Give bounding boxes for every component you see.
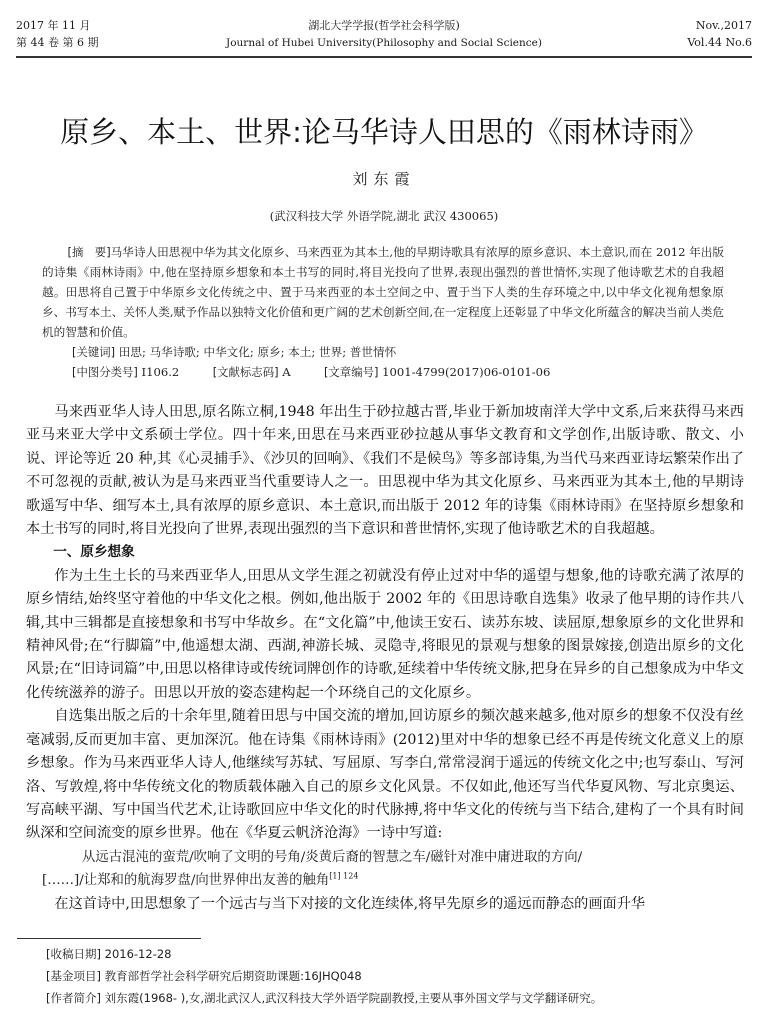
doc-code-value: A: [282, 365, 290, 379]
abstract-label: [摘 要]: [68, 245, 111, 259]
poem-quote: 从远古混沌的蛮荒/吹响了文明的号角/炎黄后裔的智慧之车/磁针对准中庸进取的方向/…: [26, 846, 744, 893]
header-journal: 湖北大学学报(哲学社会科学版) Journal of Hubei Univers…: [16, 18, 752, 52]
keywords-line: [关键词] 田思; 马华诗歌; 中华文化; 原乡; 本土; 世界; 普世情怀: [72, 342, 724, 362]
running-header: 2017 年 11 月 第 44 卷 第 6 期 湖北大学学报(哲学社会科学版)…: [16, 16, 752, 58]
abstract-block: [摘 要]马华诗人田思视中华为其文化原乡、马来西亚为其本土,他的早期诗歌具有浓厚…: [42, 242, 724, 382]
body-paragraph-intro: 马来西亚华人诗人田思,原名陈立桐,1948 年出生于砂拉越古晋,毕业于新加坡南洋…: [26, 401, 744, 541]
article-no-label: [文章编号]: [324, 365, 378, 379]
footnote-funding: [基金项目] 教育部哲学社会科学研究后期资助课题:16JHQ048: [46, 965, 756, 987]
body-paragraph: 在这首诗中,田思想象了一个远古与当下对接的文化连续体,将早先原乡的遥远而静态的画…: [26, 893, 744, 916]
footnote-text: 教育部哲学社会科学研究后期资助课题:16JHQ048: [105, 969, 362, 983]
footnote-author-bio: [作者简介] 刘东霞(1968- ),女,湖北武汉人,武汉科技大学外语学院副教授…: [46, 987, 756, 1009]
classification-line: [中图分类号] I106.2 [文献标志码] A [文章编号] 1001-479…: [72, 362, 724, 382]
keywords-label: [关键词]: [72, 345, 115, 359]
header-issue-en: Vol.44 No.6: [687, 35, 752, 52]
journal-name-cn: 湖北大学学报(哲学社会科学版): [16, 18, 752, 35]
doc-code-label: [文献标志码]: [213, 365, 279, 379]
footnotes: [收稿日期] 2016-12-28 [基金项目] 教育部哲学社会科学研究后期资助…: [46, 943, 756, 1009]
footnote-text: 刘东霞(1968- ),女,湖北武汉人,武汉科技大学外语学院副教授,主要从事外国…: [105, 991, 603, 1005]
journal-name-en: Journal of Hubei University(Philosophy a…: [16, 35, 752, 52]
poem-line: [……]/让郑和的航海罗盘/向世界伸出友善的触角: [42, 873, 329, 888]
author-affiliation: (武汉科技大学 外语学院,湖北 武汉 430065): [0, 208, 768, 224]
footnote-label: [作者简介]: [46, 991, 101, 1005]
article-no-value: 1001-4799(2017)06-0101-06: [382, 365, 550, 379]
clc-label: [中图分类号]: [72, 365, 138, 379]
article-body: 马来西亚华人诗人田思,原名陈立桐,1948 年出生于砂拉越古晋,毕业于新加坡南洋…: [26, 401, 744, 916]
abstract-text: 马华诗人田思视中华为其文化原乡、马来西亚为其本土,他的早期诗歌具有浓厚的原乡意识…: [42, 245, 724, 339]
footnote-received: [收稿日期] 2016-12-28: [46, 943, 756, 965]
keywords-text: 田思; 马华诗歌; 中华文化; 原乡; 本土; 世界; 普世情怀: [119, 345, 396, 359]
footnote-text: 2016-12-28: [105, 947, 172, 961]
abstract-paragraph: [摘 要]马华诗人田思视中华为其文化原乡、马来西亚为其本土,他的早期诗歌具有浓厚…: [42, 242, 724, 342]
footnote-label: [基金项目]: [46, 969, 101, 983]
poem-line: 从远古混沌的蛮荒/吹响了文明的号角/炎黄后裔的智慧之车/磁针对准中庸进取的方向/: [82, 850, 582, 865]
header-date-en: Nov.,2017: [687, 18, 752, 35]
footnote-label: [收稿日期]: [46, 947, 101, 961]
footnote-divider: [17, 938, 201, 939]
article-title: 原乡、本土、世界:论马华诗人田思的《雨林诗雨》: [0, 112, 768, 152]
clc-value: I106.2: [142, 365, 180, 379]
body-paragraph: 作为土生土长的马来西亚华人,田思从文学生涯之初就没有停止过对中华的遥望与想象,他…: [26, 565, 744, 705]
body-paragraph: 自选集出版之后的十余年里,随着田思与中国交流的增加,回访原乡的频次越来越多,他对…: [26, 705, 744, 845]
citation-ref: [1] 124: [329, 872, 358, 881]
article-author: 刘东霞: [0, 168, 768, 189]
section-heading: 一、原乡想象: [26, 541, 744, 564]
header-right: Nov.,2017 Vol.44 No.6: [687, 18, 752, 52]
poem-line-continued: [……]/让郑和的航海罗盘/向世界伸出友善的触角[1] 124: [26, 869, 744, 892]
